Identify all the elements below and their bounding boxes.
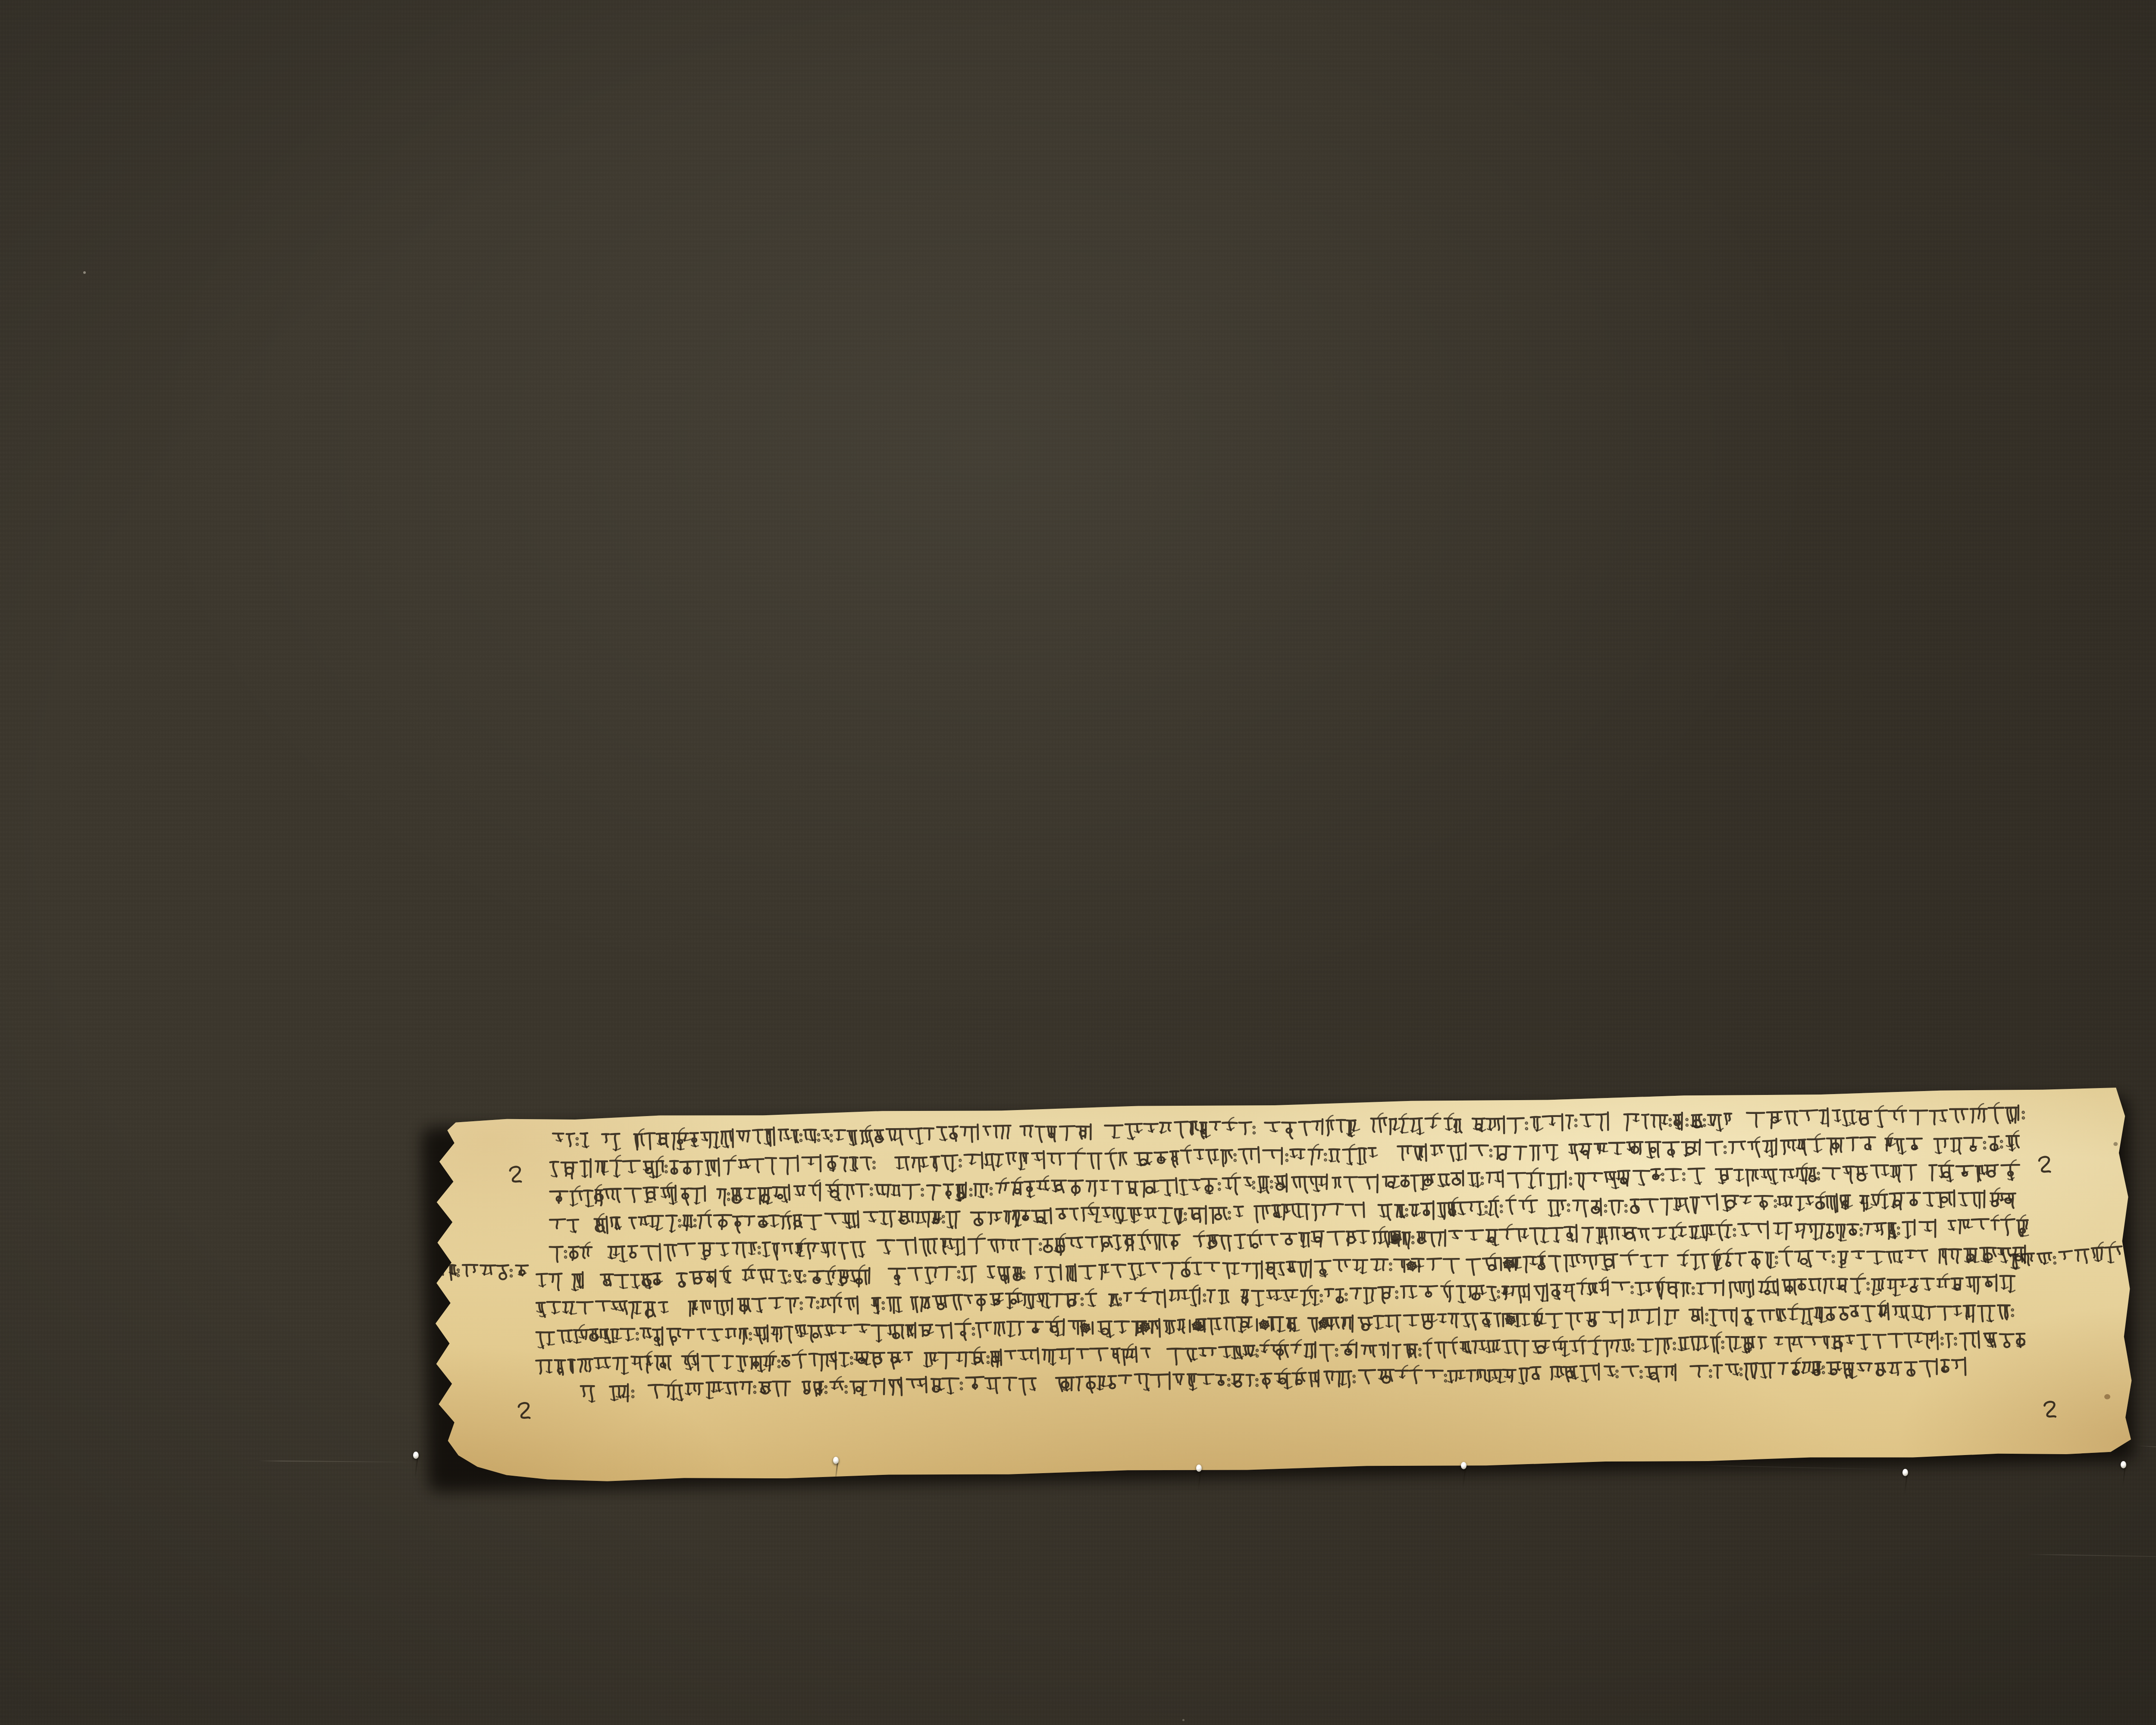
pin <box>832 1457 841 1484</box>
bengali-numeral-two-glyph <box>516 1400 533 1423</box>
pin-stem <box>2122 1467 2126 1488</box>
paper-stain <box>2104 1394 2110 1399</box>
folio-number-text: ২ <box>515 1377 533 1400</box>
pin-stem <box>1462 1468 1466 1489</box>
pin-stem <box>1904 1475 1908 1496</box>
pin <box>1195 1465 1204 1492</box>
pin-stem <box>414 1458 418 1478</box>
photograph-of-manuscript: { "photo": { "backdrop_color": "#37322a"… <box>0 0 2156 1725</box>
bengali-numeral-two-glyph <box>507 1164 525 1186</box>
folio-number-bottom-left: ২ <box>515 1377 533 1400</box>
pin-stem <box>1197 1471 1201 1491</box>
paper-stain <box>2113 1142 2118 1146</box>
folio-number-bottom-right: ২ <box>2041 1376 2059 1399</box>
right-margin-note: ৬থঃ শ্রিঃ ৩ <box>2007 1239 2138 1275</box>
dust-speck <box>1182 1719 1185 1721</box>
pin-stem <box>834 1463 838 1483</box>
handwriting-strokes <box>2007 1239 2138 1275</box>
pin-head <box>1461 1462 1467 1469</box>
bengali-numeral-two-glyph <box>2036 1154 2054 1176</box>
folio-number-text: ২ <box>2041 1376 2059 1399</box>
pin <box>1902 1469 1910 1496</box>
bengali-numeral-two-glyph <box>2041 1399 2059 1421</box>
pin-head <box>1196 1465 1202 1472</box>
pin-head <box>413 1452 419 1459</box>
folio-number-top-left: ২ <box>507 1141 524 1164</box>
folio-number-top-right: ২ <box>2036 1131 2053 1154</box>
folio-number-text: ২ <box>507 1141 524 1164</box>
folio-number-text: ২ <box>2036 1131 2053 1154</box>
pin-head <box>1902 1469 1908 1476</box>
dust-speck <box>83 271 86 274</box>
pin-head <box>833 1457 839 1464</box>
pin <box>2120 1461 2128 1489</box>
pin-head <box>2121 1461 2126 1468</box>
manuscript-folio: ২ ২ ২ ২ ২৩শ্রীশ্রীশন্তঃ ৬থঃ শ্রিঃ ৩ স্তু… <box>422 1087 2135 1485</box>
pin <box>412 1452 421 1479</box>
pin <box>1460 1462 1469 1490</box>
